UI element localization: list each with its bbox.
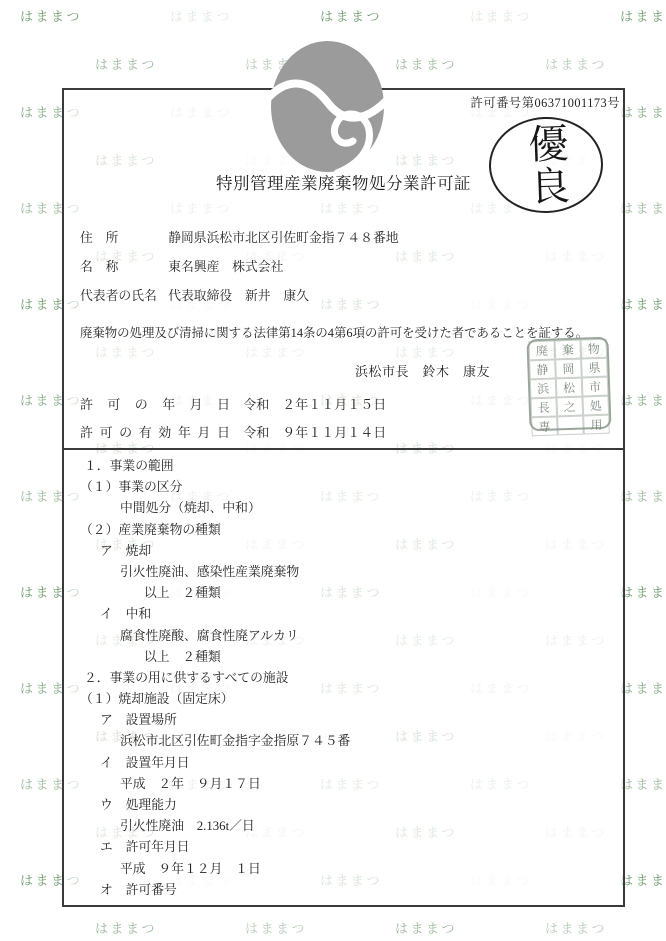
- watermark-text: はままつ: [620, 294, 666, 313]
- permit-date-row: 許可の年月日 令和 ２年１１月１５日: [80, 394, 386, 413]
- holder-address-row: 住 所 静岡県浜松市北区引佐町金指７４８番地: [80, 227, 399, 246]
- list-item: （２）産業廃棄物の種類: [64, 520, 623, 541]
- excellence-stamp-text: 優良: [526, 122, 566, 207]
- list-item: 腐食性廃酸、腐食性廃アルカリ: [64, 626, 623, 647]
- watermark-text: はままつ: [470, 6, 532, 25]
- permit-date-value: 令和 ２年１１月１５日: [243, 397, 386, 412]
- validity-date-row: 許可の有効年月日 令和 ９年１１月１４日: [80, 422, 386, 441]
- list-item: ア 焼却: [64, 541, 623, 562]
- watermark-text: はままつ: [620, 486, 666, 505]
- list-item: 平成 ２年 ９月１７日: [64, 774, 623, 795]
- seal-cell: 県: [581, 358, 608, 378]
- permit-date-label: 許可の年月日: [80, 394, 230, 413]
- watermark-text: はままつ: [620, 102, 666, 121]
- list-item: １．事業の範囲: [64, 456, 623, 477]
- details-list: １．事業の範囲 （１）事業の区分 中間処分（焼却、中和） （２）産業廃棄物の種類…: [64, 456, 623, 901]
- list-item: 引火性廃油、感染性産業廃棄物: [64, 562, 623, 583]
- seal-cell: 用: [583, 415, 610, 435]
- watermark-text: はままつ: [620, 774, 666, 793]
- list-item: 浜松市北区引佐町金指字金指原７４５番: [64, 731, 623, 752]
- watermark-text: はままつ: [95, 54, 157, 73]
- watermark-text: はままつ: [395, 918, 457, 937]
- validity-date-label: 許可の有効年月日: [80, 422, 230, 441]
- list-item: （１）事業の区分: [64, 477, 623, 498]
- name-value: 東名興産 株式会社: [168, 260, 283, 274]
- section-divider: [64, 448, 623, 450]
- permit-number: 許可番号第06371001173号: [471, 93, 620, 111]
- watermark-text: はままつ: [620, 198, 666, 217]
- watermark-text: はままつ: [620, 582, 666, 601]
- watermark-text: はままつ: [95, 918, 157, 937]
- watermark-text: はままつ: [395, 54, 457, 73]
- official-seal: 廃 棄 物 静 岡 県 浜 松 市 長 之 処 専 用: [526, 337, 611, 432]
- representative-value: 代表取締役 新井 康久: [168, 289, 309, 303]
- representative-row: 代表者の氏名 代表取締役 新井 康久: [80, 285, 309, 304]
- list-item: 以上 ２種類: [64, 583, 623, 604]
- seal-cell: 物: [580, 339, 607, 359]
- seal-cell: 長: [530, 397, 557, 417]
- address-label: 住 所: [80, 227, 165, 246]
- list-item: 以上 ２種類: [64, 647, 623, 668]
- watermark-text: はままつ: [620, 390, 666, 409]
- list-item: ウ 処理能力: [64, 795, 623, 816]
- city-emblem-logo: [271, 41, 384, 172]
- watermark-text: はままつ: [545, 54, 607, 73]
- watermark-text: はままつ: [620, 6, 666, 25]
- list-item: （１）焼却施設（固定床）: [64, 689, 623, 710]
- seal-cell: [557, 416, 584, 436]
- list-item: 中間処分（焼却、中和）: [64, 498, 623, 519]
- watermark-text: はままつ: [320, 6, 382, 25]
- watermark-text: はままつ: [20, 6, 82, 25]
- seal-cell: 静: [529, 359, 556, 379]
- name-label: 名 称: [80, 256, 165, 275]
- seal-cell: 処: [582, 396, 609, 416]
- list-item: ２．事業の用に供するすべての施設: [64, 668, 623, 689]
- seal-cell: 岡: [555, 359, 582, 379]
- list-item: 引火性廃油 2.136t／日: [64, 816, 623, 837]
- seal-cell: 棄: [554, 340, 581, 360]
- seal-cell: 専: [531, 416, 558, 436]
- list-item: イ 設置年月日: [64, 753, 623, 774]
- watermark-text: はままつ: [545, 918, 607, 937]
- seal-cell: 之: [556, 397, 583, 417]
- seal-cell: 廃: [528, 340, 555, 360]
- validity-date-value: 令和 ９年１１月１４日: [243, 425, 386, 440]
- list-item: ア 設置場所: [64, 710, 623, 731]
- holder-name-row: 名 称 東名興産 株式会社: [80, 256, 283, 275]
- watermark-text: はままつ: [620, 678, 666, 697]
- list-item: オ 許可番号: [64, 880, 623, 901]
- watermark-text: はままつ: [245, 918, 307, 937]
- seal-cell: 浜: [530, 378, 557, 398]
- watermark-text: はままつ: [620, 870, 666, 889]
- address-value: 静岡県浜松市北区引佐町金指７４８番地: [168, 231, 398, 245]
- list-item: イ 中和: [64, 604, 623, 625]
- representative-label: 代表者の氏名: [80, 285, 165, 304]
- list-item: エ 許可年月日: [64, 837, 623, 858]
- scanned-permit-page: { "page": { "watermark_text": "はままつ" }, …: [0, 0, 666, 941]
- seal-cell: 市: [582, 377, 609, 397]
- seal-cell: 松: [556, 378, 583, 398]
- issuer-line: 浜松市長 鈴木 康友: [355, 361, 490, 380]
- watermark-text: はままつ: [170, 6, 232, 25]
- list-item: 平成 ９年１２月 １日: [64, 859, 623, 880]
